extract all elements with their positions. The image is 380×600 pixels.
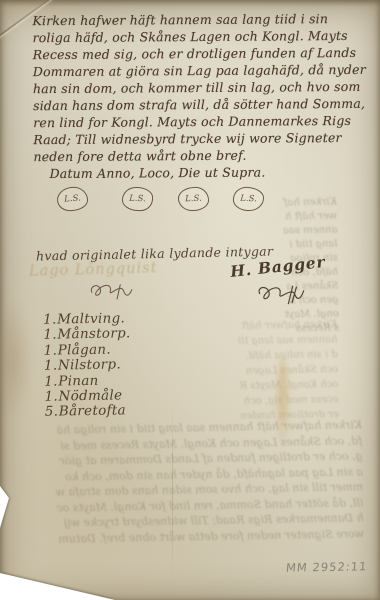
body-text: Kirken hafwer häft hannem saa lang tiid … — [32, 10, 369, 182]
seal-mark: L.S. — [56, 186, 89, 212]
ink-bleedthrough: Kirken hafwer häft hannem saa lang tiid … — [54, 417, 364, 547]
list-item-name: Båretofta — [59, 403, 126, 420]
list-item-number: 5. — [45, 405, 59, 421]
list-item-number: 1. — [44, 343, 58, 359]
dateline: Datum Anno, Loco, Die ut Supra. — [33, 163, 369, 182]
seal-label: L.S. — [185, 194, 202, 205]
list-item-name: Nödmåle — [58, 387, 122, 404]
manuscript-page: Kirken hafwer häft hannem saa lang tiid … — [0, 0, 380, 600]
catalog-number: MM 2952:11 — [285, 559, 368, 574]
list-item-number: 1. — [43, 328, 57, 344]
torn-corner — [0, 573, 115, 600]
seal-label: L.S. — [129, 194, 146, 205]
seal-mark: L.S. — [232, 186, 264, 212]
fold-crease — [172, 400, 173, 580]
list-item-name: Månstorp. — [57, 326, 130, 343]
seal-label: L.S. — [64, 193, 81, 204]
signature-flourish — [252, 283, 308, 305]
torn-edge-notch — [0, 486, 9, 528]
place-list: 1.Maltving. 1.Månstorp. 1.Plågan. 1.Nils… — [43, 311, 132, 420]
list-item-name: Nilstorp. — [58, 357, 121, 374]
list-item-number: 1. — [43, 313, 57, 329]
paper-stain — [0, 300, 32, 420]
seal-mark: L.S. — [122, 186, 154, 211]
list-item-number: 1. — [44, 359, 58, 375]
signature-faded: Lago Löngquist — [29, 260, 158, 279]
body-line: Raad; Till widnesbyrd trycke wij wore Si… — [33, 129, 369, 148]
signature-flourish — [86, 281, 138, 301]
list-item-number: 1. — [44, 374, 58, 390]
list-item-name: Plågan. — [58, 341, 112, 358]
seal-mark: L.S. — [178, 186, 210, 211]
seal-label: L.S. — [240, 194, 257, 205]
paper-stain — [275, 358, 290, 446]
list-item: 5.Båretofta — [45, 404, 132, 421]
list-item-name: Pinan — [58, 372, 99, 389]
list-item-number: 1. — [44, 390, 58, 406]
